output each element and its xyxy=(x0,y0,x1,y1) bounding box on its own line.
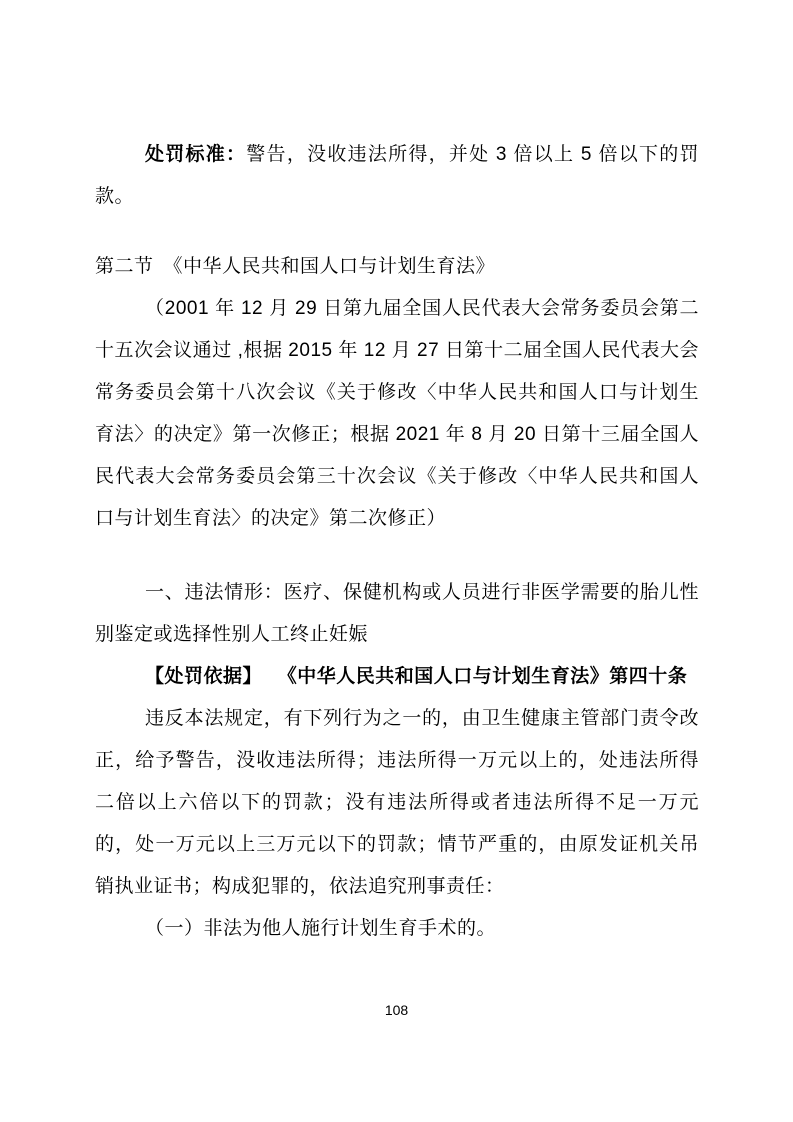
paragraph-list-item-1: （一）非法为他人施行计划生育手术的。 xyxy=(95,908,699,950)
paragraph-law-revision-note: （2001 年 12 月 29 日第九届全国人民代表大会常务委员会第二十五次会议… xyxy=(95,288,699,540)
paragraph-article-40-text: 违反本法规定，有下列行为之一的，由卫生健康主管部门责令改正，给予警告，没收违法所… xyxy=(95,698,699,908)
paragraph-penalty-standard: 处罚标准：警告，没收违法所得，并处 3 倍以上 5 倍以下的罚款。 xyxy=(95,134,699,218)
penalty-standard-label: 处罚标准： xyxy=(145,144,246,165)
paragraph-penalty-basis: 【处罚依据】 《中华人民共和国人口与计划生育法》第四十条 xyxy=(95,656,699,698)
section-heading: 第二节 《中华人民共和国人口与计划生育法》 xyxy=(95,246,699,288)
paragraph-violation-item: 一、违法情形：医疗、保健机构或人员进行非医学需要的胎儿性别鉴定或选择性别人工终止… xyxy=(95,572,699,656)
document-page: 处罚标准：警告，没收违法所得，并处 3 倍以上 5 倍以下的罚款。 第二节 《中… xyxy=(0,0,793,1122)
page-number: 108 xyxy=(0,1000,793,1020)
